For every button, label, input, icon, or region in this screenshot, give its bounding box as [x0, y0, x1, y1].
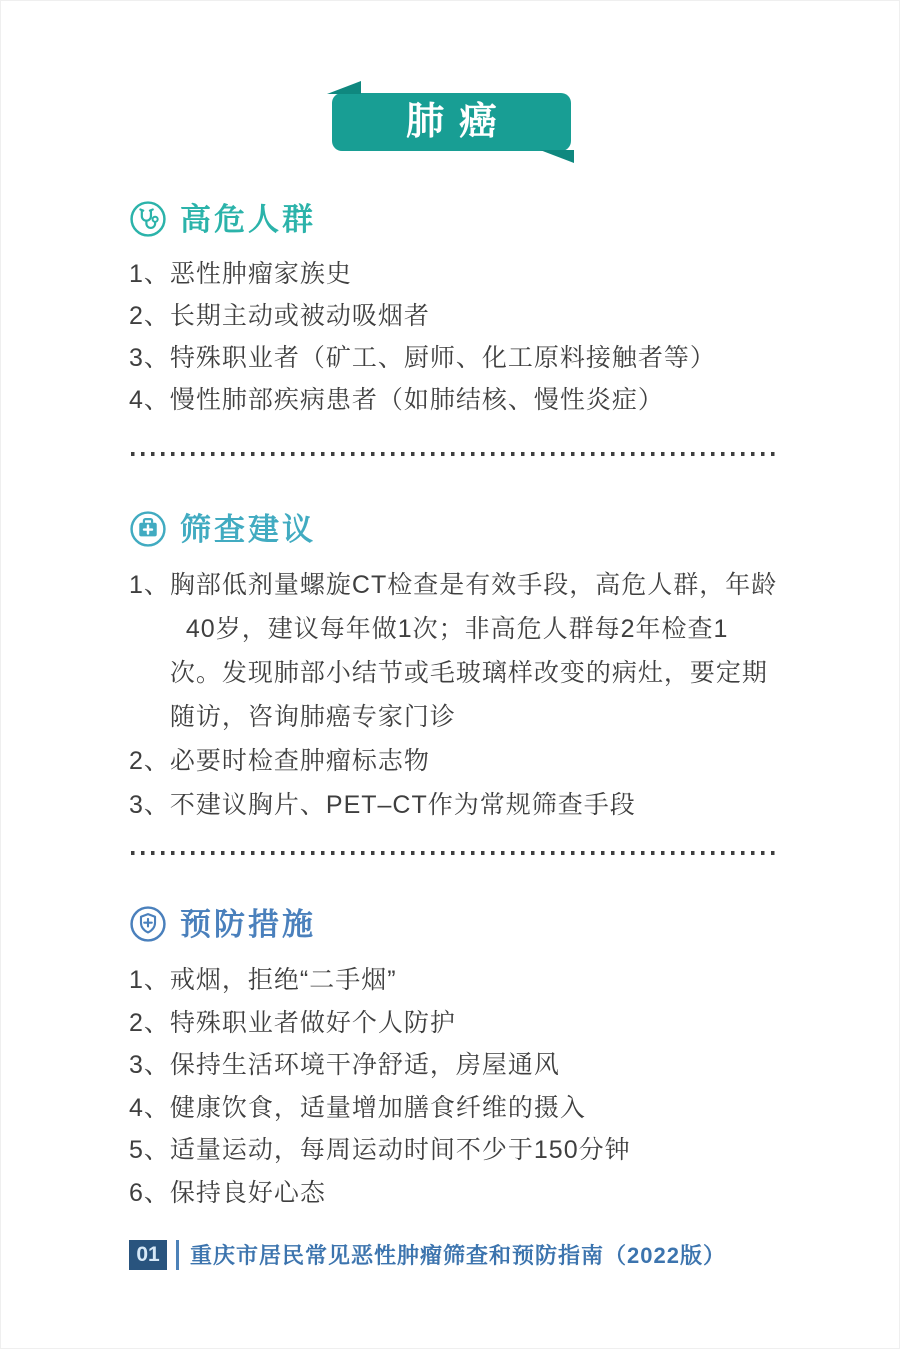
title-ribbon: 肺癌 [332, 93, 571, 151]
page-title: 肺癌 [391, 103, 512, 141]
list-item: 6、 保持良好心态 [129, 1172, 789, 1215]
list-item: 4、 慢性肺部疾病患者（如肺结核、慢性炎症） [129, 379, 789, 421]
list-item: 4、 健康饮食，适量增加膳食纤维的摄入 [129, 1087, 789, 1130]
footer-title: 重庆市居民常见恶性肿瘤筛查和预防指南（2022版） [190, 1239, 726, 1270]
list-item: 5、 适量运动，每周运动时间不少于150分钟 [129, 1129, 789, 1172]
page-footer: 01 重庆市居民常见恶性肿瘤筛查和预防指南（2022版） [129, 1239, 726, 1270]
section-header: 高危人群 [129, 197, 789, 241]
item-number: 2、 [129, 295, 170, 337]
item-number: 4、 [129, 379, 170, 421]
item-text: 恶性肿瘤家族史 [170, 253, 789, 295]
item-text: 必要时检查肿瘤标志物 [170, 739, 789, 783]
item-text: 慢性肺部疾病患者（如肺结核、慢性炎症） [170, 379, 789, 421]
list-item: 3、 不建议胸片、PET–CT作为常规筛查手段 [129, 783, 789, 827]
item-text: 长期主动或被动吸烟者 [170, 295, 789, 337]
footer-separator [176, 1240, 179, 1270]
item-text: 特殊职业者（矿工、厨师、化工原料接触者等） [170, 337, 789, 379]
section-title: 预防措施 [180, 909, 316, 940]
guide-page: 肺癌 高危人群 1、 恶性肿瘤家族史 2、 长期主动或被动 [0, 0, 900, 1349]
item-text: 40岁，建议每年做1次；非高危人群每2年检查1 [170, 607, 789, 651]
item-text: 随访，咨询肺癌专家门诊 [170, 695, 789, 739]
item-text: 保持生活环境干净舒适，房屋通风 [170, 1044, 789, 1087]
item-number: 3、 [129, 337, 170, 379]
item-text: 不建议胸片、PET–CT作为常规筛查手段 [170, 783, 789, 827]
page-number-badge: 01 [129, 1240, 167, 1270]
item-number: 5、 [129, 1129, 170, 1172]
list-item: 1、 胸部低剂量螺旋CT检查是有效手段，高危人群，年龄 40岁，建议每年做1次；… [129, 563, 789, 739]
shield-plus-icon [129, 905, 167, 943]
item-number: 1、 [129, 959, 170, 1002]
stethoscope-icon [129, 200, 167, 238]
dotted-divider [131, 851, 778, 855]
section-title: 高危人群 [180, 204, 316, 235]
list-item: 3、 保持生活环境干净舒适，房屋通风 [129, 1044, 789, 1087]
item-text: 次。发现肺部小结节或毛玻璃样改变的病灶，要定期 [170, 651, 789, 695]
section-items: 1、 胸部低剂量螺旋CT检查是有效手段，高危人群，年龄 40岁，建议每年做1次；… [129, 563, 789, 827]
dotted-divider [131, 452, 778, 456]
item-number: 1、 [129, 563, 170, 607]
item-text: 胸部低剂量螺旋CT检查是有效手段，高危人群，年龄 [170, 563, 789, 607]
item-number: 6、 [129, 1172, 170, 1215]
list-item: 1、 恶性肿瘤家族史 [129, 253, 789, 295]
section-high-risk: 高危人群 1、 恶性肿瘤家族史 2、 长期主动或被动吸烟者 3、 特殊职业者（矿… [129, 197, 789, 421]
list-item: 2、 必要时检查肿瘤标志物 [129, 739, 789, 783]
list-item: 1、 戒烟，拒绝“二手烟” [129, 959, 789, 1002]
item-number: 4、 [129, 1087, 170, 1130]
ribbon-fold-top-left [327, 81, 361, 94]
item-text: 适量运动，每周运动时间不少于150分钟 [170, 1129, 789, 1172]
item-number: 2、 [129, 739, 170, 783]
section-items: 1、 戒烟，拒绝“二手烟” 2、 特殊职业者做好个人防护 3、 保持生活环境干净… [129, 959, 789, 1214]
item-text: 保持良好心态 [170, 1172, 789, 1215]
item-number: 2、 [129, 1002, 170, 1045]
item-text: 健康饮食，适量增加膳食纤维的摄入 [170, 1087, 789, 1130]
item-text: 特殊职业者做好个人防护 [170, 1002, 789, 1045]
list-item: 2、 长期主动或被动吸烟者 [129, 295, 789, 337]
item-number: 3、 [129, 1044, 170, 1087]
item-number: 1、 [129, 253, 170, 295]
item-number: 3、 [129, 783, 170, 827]
ribbon-fold-bottom-right [540, 150, 574, 163]
section-header: 预防措施 [129, 902, 789, 946]
section-items: 1、 恶性肿瘤家族史 2、 长期主动或被动吸烟者 3、 特殊职业者（矿工、厨师、… [129, 253, 789, 421]
section-title: 筛查建议 [180, 514, 316, 545]
section-prevention: 预防措施 1、 戒烟，拒绝“二手烟” 2、 特殊职业者做好个人防护 3、 保持生… [129, 902, 789, 1214]
section-screening: 筛查建议 1、 胸部低剂量螺旋CT检查是有效手段，高危人群，年龄 40岁，建议每… [129, 507, 789, 827]
list-item: 3、 特殊职业者（矿工、厨师、化工原料接触者等） [129, 337, 789, 379]
item-text: 戒烟，拒绝“二手烟” [170, 959, 789, 1002]
section-header: 筛查建议 [129, 507, 789, 551]
first-aid-kit-icon [129, 510, 167, 548]
list-item: 2、 特殊职业者做好个人防护 [129, 1002, 789, 1045]
